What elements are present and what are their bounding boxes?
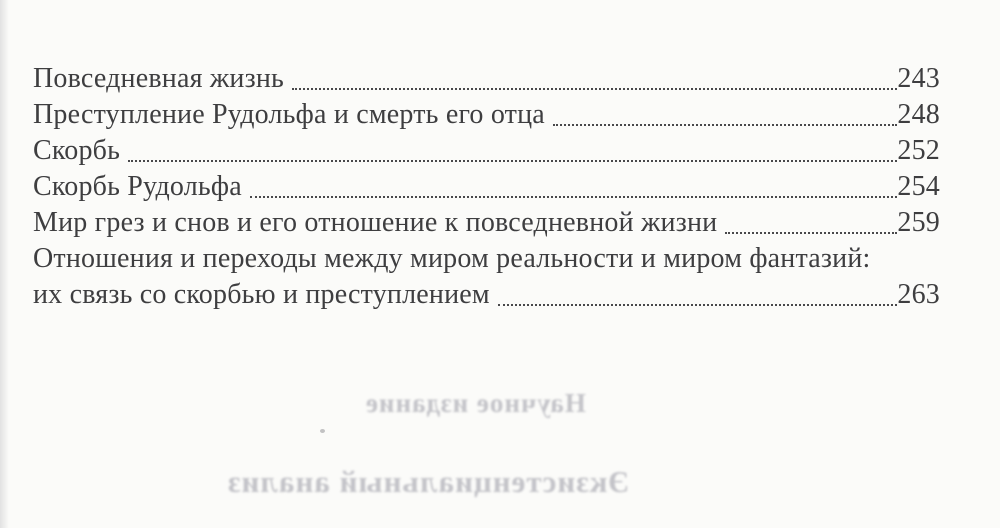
toc-dotted-leader — [498, 304, 898, 306]
scan-speck — [320, 429, 325, 433]
showthrough-mirrored-text-2: Экзистенциальный анализ — [227, 464, 629, 500]
toc-dotted-leader — [128, 160, 897, 162]
toc-page-number: 243 — [897, 61, 940, 97]
page-edge-shading — [0, 0, 9, 528]
toc-page-number: 263 — [897, 277, 940, 313]
toc-entry-row: Преступление Рудольфа и смерть его отца … — [33, 97, 940, 133]
toc-entry-title: Мир грез и снов и его отношение к повсед… — [33, 205, 717, 241]
toc-entry-row: Повседневная жизнь 243 — [33, 61, 940, 97]
toc-page-number: 254 — [897, 169, 940, 205]
toc-dotted-leader — [292, 88, 897, 90]
toc-page-number: 248 — [897, 97, 940, 133]
showthrough-line-1-wrapper: Научное издание — [0, 388, 950, 419]
toc-entry-row: Скорбь 252 — [33, 133, 940, 169]
toc-entry-title: Повседневная жизнь — [33, 61, 284, 97]
scanned-book-page: { "page": { "background_color": "#fbfbf9… — [0, 0, 1000, 528]
toc-dotted-leader — [553, 124, 897, 126]
toc-dotted-leader — [250, 196, 898, 198]
toc-entry-title: Скорбь — [33, 133, 120, 169]
toc-entry-row: Мир грез и снов и его отношение к повсед… — [33, 205, 940, 241]
toc-dotted-leader — [725, 232, 897, 234]
toc-page-number: 259 — [897, 205, 940, 241]
toc-entry-title: их связь со скорбью и преступлением — [33, 277, 490, 313]
showthrough-mirrored-text-1: Научное издание — [365, 388, 586, 419]
toc-page-number: 252 — [897, 133, 940, 169]
toc-entry-title: Преступление Рудольфа и смерть его отца — [33, 97, 545, 133]
table-of-contents: Повседневная жизнь 243 Преступление Рудо… — [33, 61, 940, 313]
toc-entry-line: Отношения и переходы между миром реально… — [33, 241, 940, 277]
showthrough-line-2-wrapper: Экзистенциальный анализ — [0, 464, 856, 500]
toc-entry-title: Скорбь Рудольфа — [33, 169, 242, 205]
toc-entry-row: их связь со скорбью и преступлением 263 — [33, 277, 940, 313]
toc-entry-row: Скорбь Рудольфа 254 — [33, 169, 940, 205]
